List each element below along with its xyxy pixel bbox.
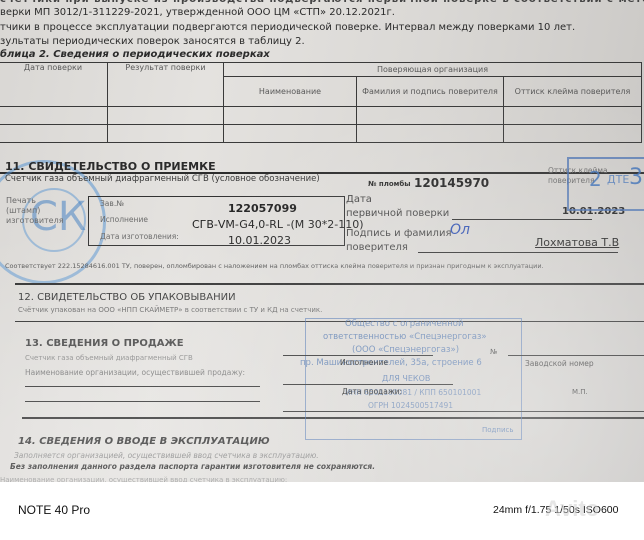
- intro-line-0: счетчики при выпуске из производства под…: [0, 0, 644, 5]
- table-title: блица 2. Сведения о периодических поверк…: [0, 49, 270, 60]
- table-row: [0, 125, 642, 143]
- section-13-title: 13. СВЕДЕНИЯ О ПРОДАЖЕ: [25, 338, 184, 349]
- table-row: [0, 107, 642, 125]
- subheader-name: Наименование: [224, 77, 357, 107]
- sale-date-label: Дата продажи:: [342, 387, 402, 396]
- form-line: [508, 355, 644, 356]
- stamp-digit: 2: [589, 167, 602, 191]
- signature-underline: [418, 252, 618, 253]
- avito-watermark: Avito: [545, 496, 599, 522]
- date-underline: [452, 219, 592, 220]
- section-12-title: 12. СВИДЕТЕЛЬСТВО ОБ УПАКОВЫВАНИИ: [18, 292, 236, 303]
- header-organization: Поверяющая организация: [224, 63, 642, 77]
- version-label: Исполнение: [100, 215, 148, 224]
- form-line: [283, 411, 644, 412]
- seal-label: № пломбы: [368, 180, 411, 188]
- intro-line-1: верки МП 3012/1-311229-2021, утвержденно…: [0, 7, 395, 18]
- version-label-13: Исполнение: [340, 358, 388, 367]
- section-12-text: Счётчик упакован на ООО «НПП СКАЙМЕТР» в…: [18, 306, 322, 314]
- form-line: [283, 355, 433, 356]
- document-photo: счетчики при выпуске из производства под…: [0, 0, 644, 482]
- stamp-label: Печать (штамп) изготовителя: [6, 196, 66, 226]
- date-label: Дата изготовления:: [100, 232, 179, 241]
- org-line: [25, 386, 260, 387]
- org-stamp-line: (ООО «Спецэнергогаз»): [352, 345, 459, 355]
- header-date: Дата поверки: [0, 63, 108, 107]
- signature-label: Подпись: [482, 426, 514, 434]
- stamp-digit: 3: [629, 165, 643, 190]
- subheader-imprint: Оттиск клейма поверителя: [504, 77, 642, 107]
- conformity-text: Соответствует 222.15284616.001 ТУ, повер…: [5, 262, 544, 270]
- section-14-title: 14. СВЕДЕНИЯ О ВВОДЕ В ЭКСПЛУАТАЦИЮ: [18, 436, 270, 447]
- org-stamp-line: ответственностью «Спецэнергогаз»: [323, 332, 487, 342]
- org-stamp-line: ОГРН 1024500517491: [368, 401, 453, 410]
- section-13-line1: Счетчик газа объемный диафрагменный СГВ: [25, 354, 193, 362]
- subheader-verifier: Фамилия и подпись поверителя: [357, 77, 504, 107]
- org-stamp-line: пр. Машиностроителей, 35а, строение 6: [300, 358, 482, 368]
- org-line: [25, 401, 260, 402]
- section-13-line2: Наименование организации, осуществившей …: [25, 368, 245, 377]
- verification-date-label: Дата: [346, 194, 372, 205]
- org-stamp-line: Общество с ограниченной: [345, 319, 464, 329]
- factory-number-label: Заводской номер: [525, 359, 594, 368]
- section-14-line2: Без заполнения данного раздела паспорта …: [10, 462, 375, 471]
- intro-line-2: тчики в процессе эксплуатации подвергают…: [0, 22, 575, 33]
- stamp-code: ДТЕ: [607, 173, 629, 186]
- form-line: [283, 384, 453, 385]
- section-11-subtitle: Счетчик газа объемный диафрагменный СГВ …: [5, 174, 320, 184]
- verifier-label-2: поверителя: [346, 242, 408, 253]
- org-stamp-line: ДЛЯ ЧЕКОВ: [382, 374, 430, 383]
- section-14-line1: Заполняется организацией, осуществившей …: [14, 451, 319, 460]
- verifier-imprint-stamp: 2 ДТЕ 3: [567, 157, 644, 211]
- verifier-label: Подпись и фамилия: [346, 228, 451, 239]
- camera-info-bar: NOTE 40 Pro 24mm f/1.75 1/50s ISO600 Avi…: [0, 482, 644, 540]
- divider: [15, 283, 644, 285]
- manufacture-date-value: 10.01.2023: [228, 234, 291, 247]
- verifier-name: Лохматова Т.В: [535, 236, 619, 249]
- serial-label: Зав.№: [100, 199, 124, 208]
- seal-value: 120145970: [414, 176, 489, 190]
- serial-value: 122057099: [228, 202, 297, 215]
- number-label: №: [490, 348, 497, 356]
- section-11-title: 11. СВИДЕТЕЛЬСТВО О ПРИЕМКЕ: [5, 160, 216, 173]
- verification-date-label-2: первичной поверки: [346, 208, 449, 219]
- header-result: Результат поверки: [108, 63, 224, 107]
- mp-label: М.П.: [572, 388, 588, 396]
- periodic-verification-table: Дата поверки Результат поверки Поверяюща…: [0, 62, 642, 143]
- version-value: СГВ-VM-G4,0-RL -(М 30*2-110): [192, 218, 364, 231]
- camera-model: NOTE 40 Pro: [18, 503, 90, 517]
- intro-line-3: зультаты периодических поверок заносятся…: [0, 36, 305, 47]
- verifier-signature: Ол: [450, 222, 470, 238]
